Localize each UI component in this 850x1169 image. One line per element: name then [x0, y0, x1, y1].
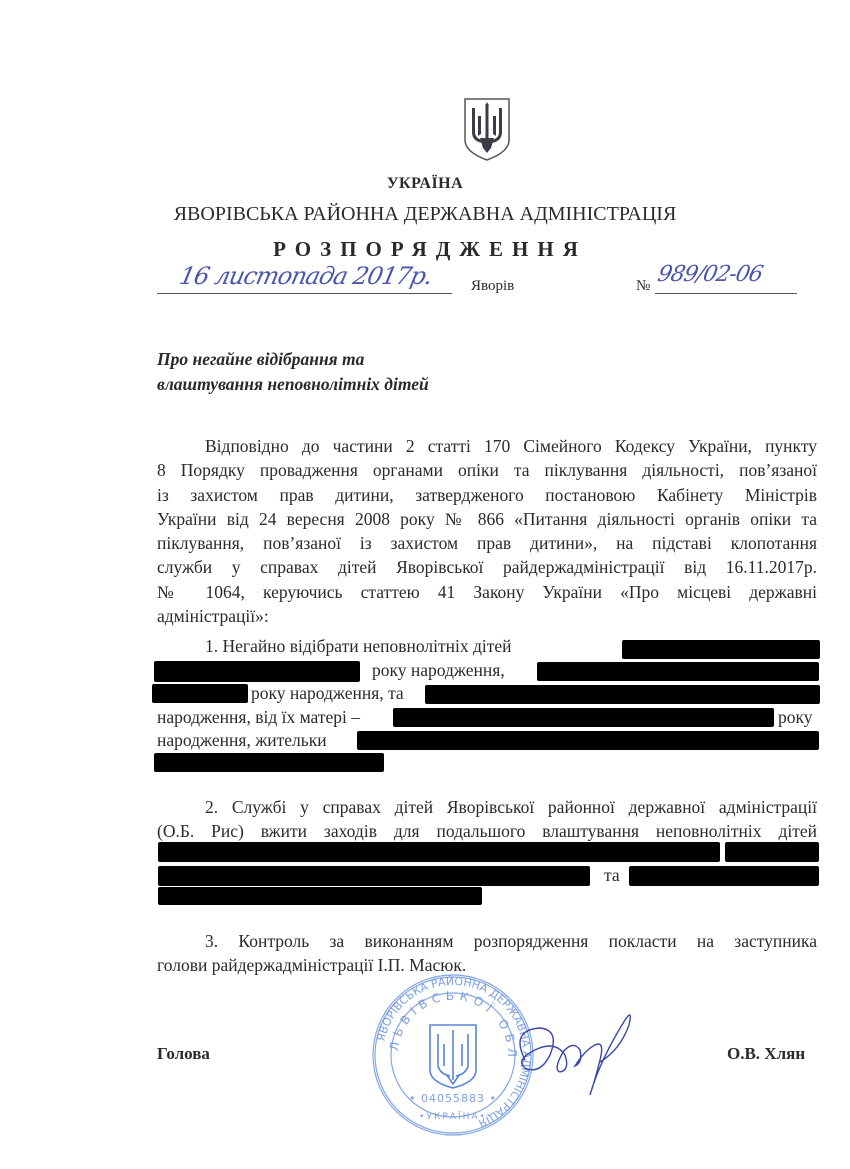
administration-name: ЯВОРІВСЬКА РАЙОННА ДЕРЖАВНА АДМІНІСТРАЦІ…	[0, 203, 850, 226]
preamble-line: 8 Порядку провадження органами опіки та …	[157, 458, 817, 482]
document-subject: Про негайне відібрання та влаштування не…	[157, 347, 429, 397]
item1-text: року народження, та	[251, 683, 404, 704]
preamble-line: України від 24 вересня 2008 року № 866 «…	[157, 507, 817, 531]
redaction-box	[154, 753, 384, 772]
svg-text:• 04055883 •: • 04055883 •	[409, 1092, 497, 1105]
subject-line: влаштування неповнолітніх дітей	[157, 372, 429, 397]
redaction-box	[158, 887, 482, 905]
redaction-box	[725, 842, 819, 862]
redaction-box	[158, 866, 590, 886]
preamble-line: № 1064, керуючись статтею 41 Закону Укра…	[157, 580, 817, 604]
document-type: РОЗПОРЯДЖЕННЯ	[0, 237, 850, 262]
preamble-line: адміністрації»:	[157, 604, 817, 628]
item-2: 2. Службі у справах дітей Яворівської ра…	[157, 795, 817, 844]
preamble-line: служби у справах дітей Яворівської райде…	[157, 555, 817, 579]
redaction-box	[425, 685, 820, 704]
item1-text: народження, від їх матері –	[157, 707, 360, 728]
subject-line: Про негайне відібрання та	[157, 347, 429, 372]
svg-text:•УКРАЇНА•: •УКРАЇНА•	[419, 1111, 487, 1122]
ukraine-coat-of-arms-icon	[462, 96, 512, 162]
date-underline	[157, 293, 452, 294]
preamble-paragraph: Відповідно до частини 2 статті 170 Сімей…	[157, 434, 817, 628]
redaction-box	[154, 661, 360, 682]
redaction-box	[357, 731, 819, 750]
item1-text: 1. Негайно відібрати неповнолітніх дітей	[205, 636, 512, 657]
item2-line: 2. Службі у справах дітей Яворівської ра…	[157, 795, 817, 819]
redaction-box	[537, 662, 819, 681]
signatory-title: Голова	[157, 1044, 210, 1064]
redaction-box	[152, 684, 248, 703]
redaction-box	[622, 640, 820, 659]
item2-line: (О.Б. Рис) вжити заходів для подальшого …	[157, 819, 817, 843]
handwritten-number: 989/02-06	[655, 262, 764, 287]
item3-line: 3. Контроль за виконанням розпорядження …	[157, 929, 817, 953]
handwritten-signature	[505, 1000, 640, 1100]
preamble-line: Відповідно до частини 2 статті 170 Сімей…	[157, 434, 817, 458]
preamble-line: піклування, пов’язаної із захистом прав …	[157, 531, 817, 555]
item2-conjunction: та	[604, 865, 620, 886]
signatory-name: О.В. Хлян	[727, 1044, 805, 1064]
redaction-box	[158, 842, 720, 862]
number-sign: №	[636, 278, 650, 295]
item1-text: народження, жительки	[157, 730, 327, 751]
country-heading: УКРАЇНА	[0, 175, 850, 193]
item1-text: року народження,	[372, 660, 505, 681]
redaction-box	[629, 866, 819, 886]
item1-text: року	[778, 707, 813, 728]
city-name: Яворів	[471, 278, 514, 295]
number-underline	[655, 293, 797, 294]
preamble-line: із захистом прав дитини, затвердженого п…	[157, 483, 817, 507]
handwritten-date: 16 листопада 2017р.	[177, 262, 434, 290]
redaction-box	[393, 708, 774, 727]
